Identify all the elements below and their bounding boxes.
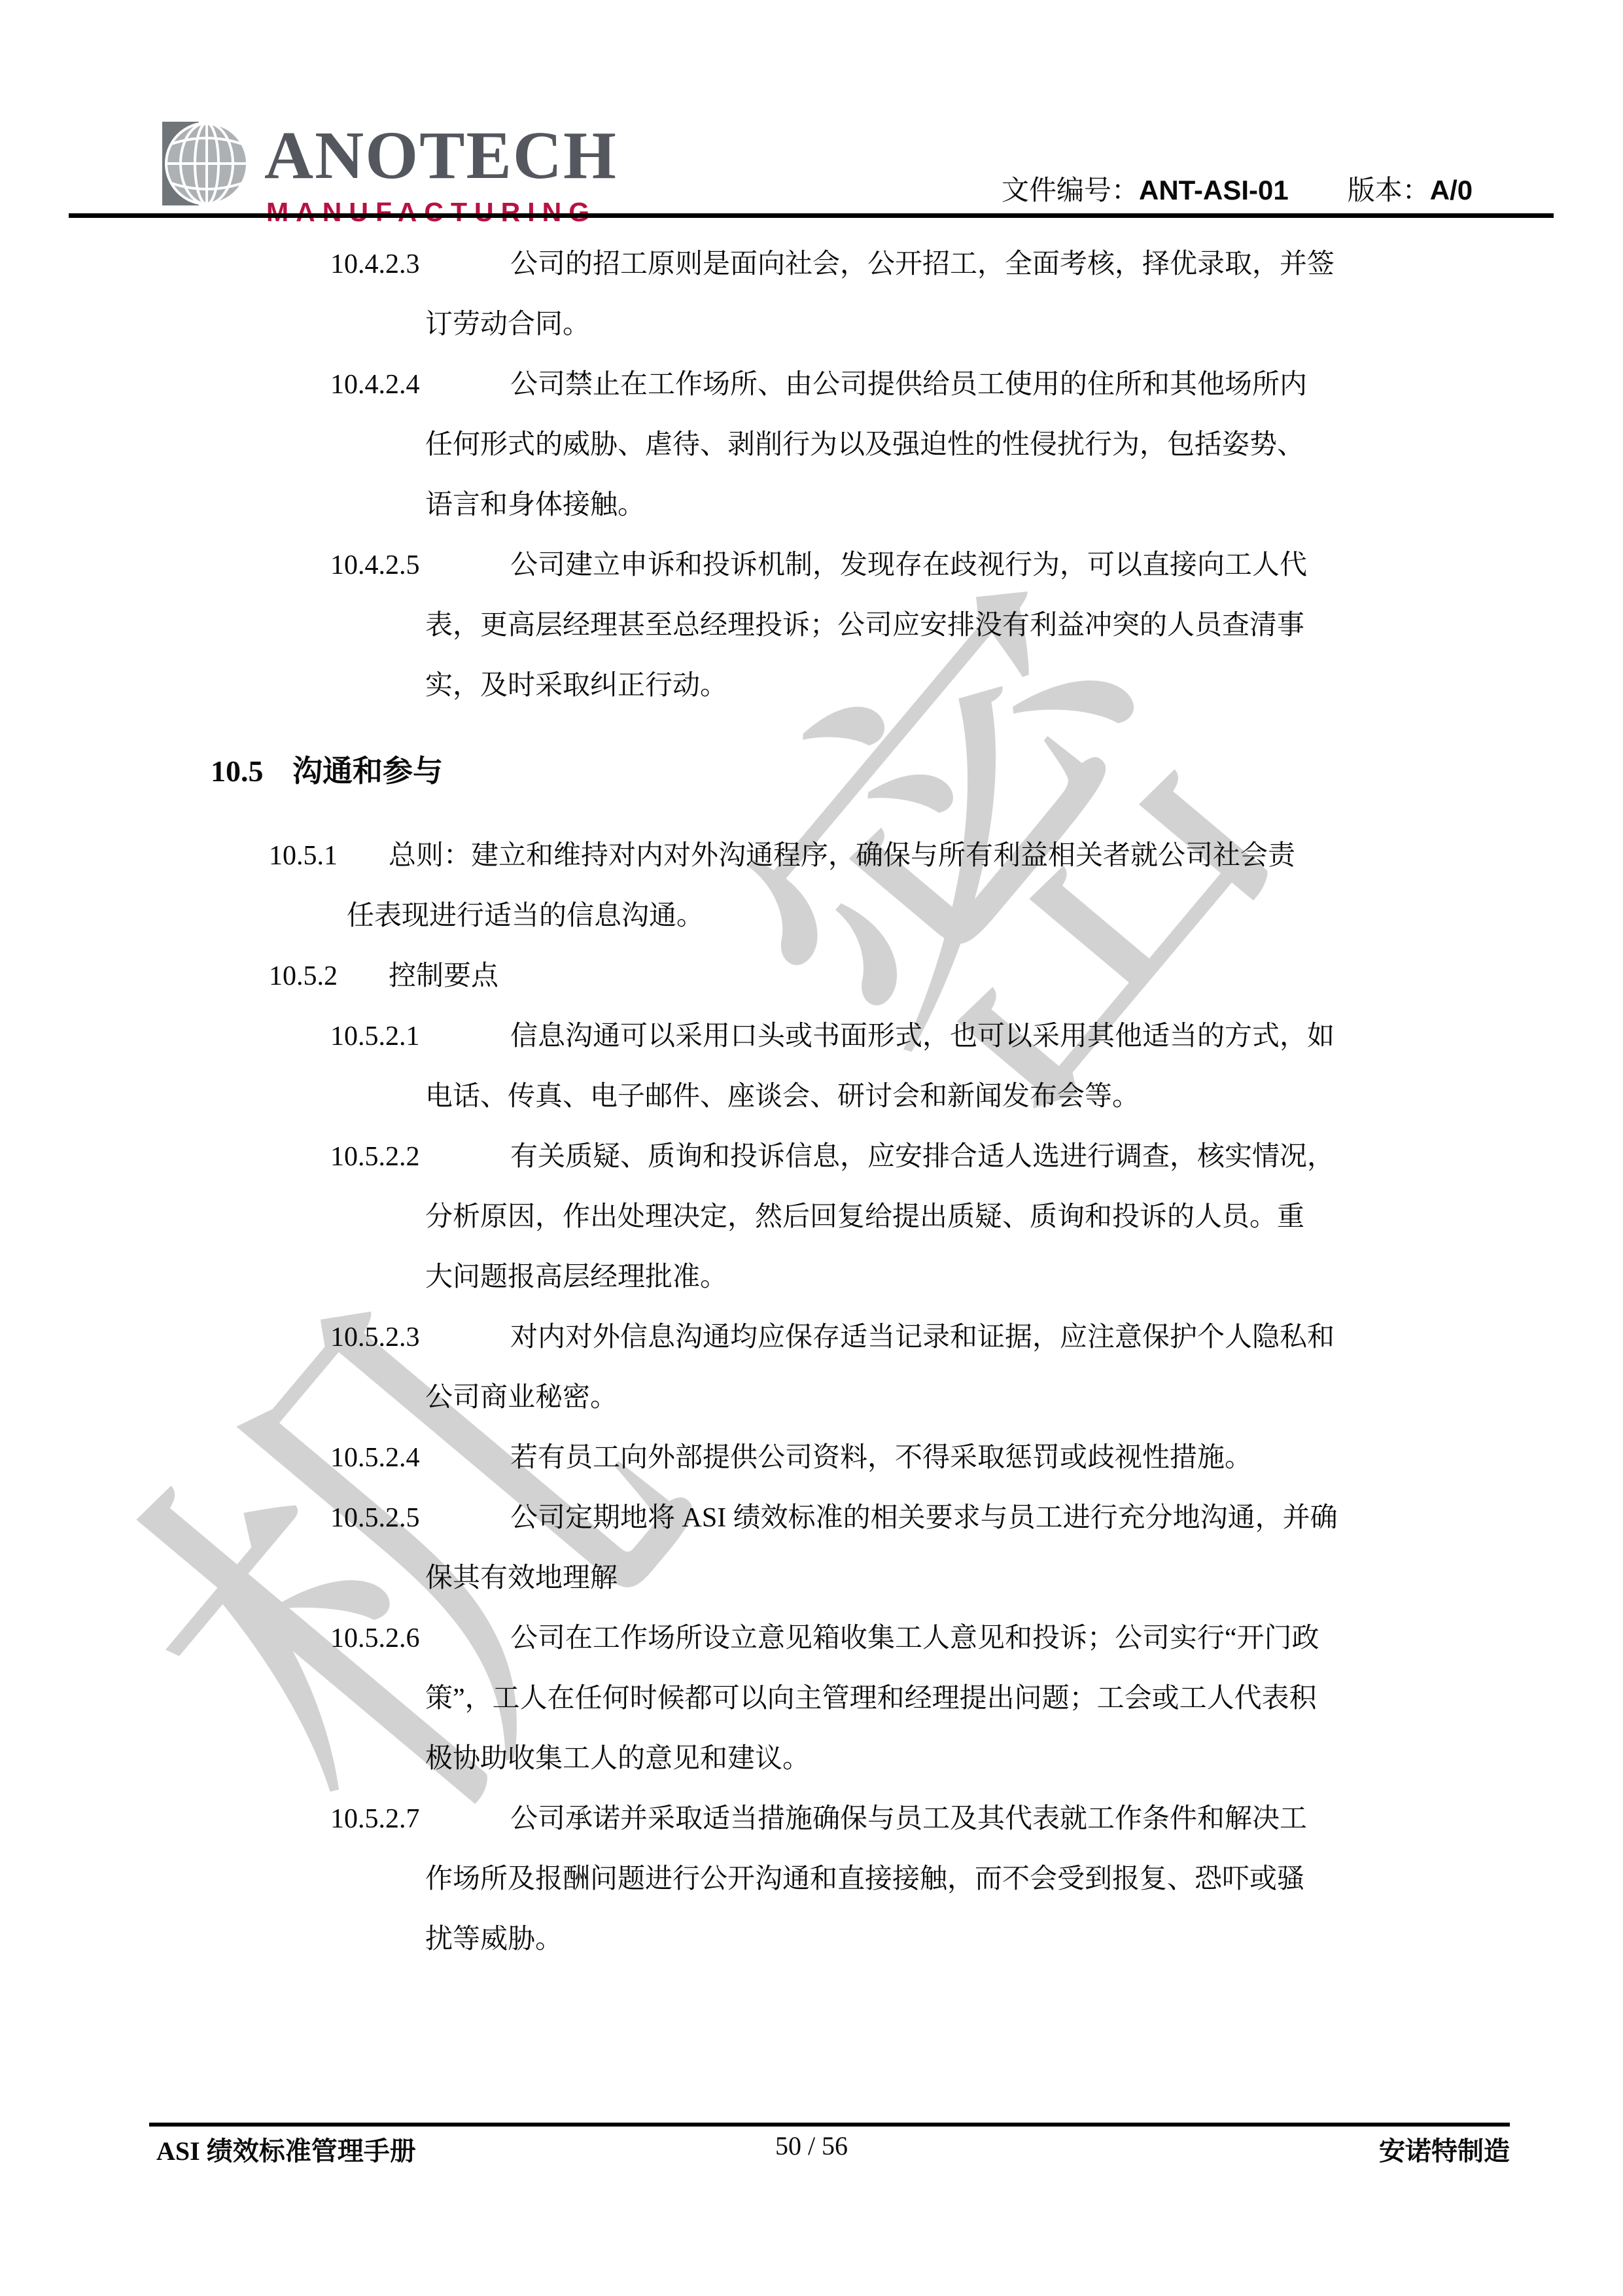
body-line: 订劳动合同。	[425, 308, 590, 342]
doc-number-value: ANT-ASI-01	[1139, 175, 1289, 205]
company-logo: ANOTECH MANUFACTURING	[162, 122, 618, 226]
clause-text: 公司建立申诉和投诉机制，发现存在歧视行为，可以直接向工人代	[510, 550, 1307, 580]
clause-text: 语言和身体接触。	[425, 490, 645, 520]
header-rule	[69, 213, 1554, 218]
clause-text: 公司定期地将 ASI 绩效标准的相关要求与员工进行充分地沟通，并确	[510, 1503, 1338, 1533]
body-line: 大问题报高层经理批准。	[425, 1260, 727, 1295]
clause-text: 对内对外信息沟通均应保存适当记录和证据，应注意保护个人隐私和	[510, 1322, 1335, 1352]
body-line: 表，更高层经理甚至总经理投诉；公司应安排没有利益冲突的人员查清事	[425, 609, 1304, 643]
body-line: 策”，工人在任何时候都可以向主管理和经理提出问题；工会或工人代表积	[425, 1682, 1317, 1716]
body-line: 10.5.2.3对内对外信息沟通均应保存适当记录和证据，应注意保护个人隐私和	[330, 1320, 1335, 1355]
clause-text: 公司禁止在工作场所、由公司提供给员工使用的住所和其他场所内	[510, 370, 1307, 400]
clause-text: 任表现进行适当的信息沟通。	[347, 901, 704, 931]
clause-text: 信息沟通可以采用口头或书面形式，也可以采用其他适当的方式，如	[510, 1021, 1335, 1051]
globe-icon	[162, 122, 249, 205]
clause-text: 有关质疑、质询和投诉信息，应安排合适人选进行调查，核实情况，	[510, 1142, 1335, 1172]
clause-number: 10.5.2.2	[330, 1140, 510, 1174]
body-line: 任何形式的威胁、虐待、剥削行为以及强迫性的性侵扰行为，包括姿势、	[425, 428, 1304, 463]
footer-rule	[149, 2123, 1510, 2127]
clause-text: 扰等威胁。	[425, 1924, 563, 1954]
logo-text: ANOTECH MANUFACTURING	[264, 122, 618, 226]
logo-name: ANOTECH	[264, 122, 618, 190]
clause-text: 策”，工人在任何时候都可以向主管理和经理提出问题；工会或工人代表积	[425, 1684, 1317, 1714]
clause-text: 表，更高层经理甚至总经理投诉；公司应安排没有利益冲突的人员查清事	[425, 610, 1304, 641]
footer-company-name: 安诺特制造	[1379, 2130, 1510, 2168]
body-line: 极协助收集工人的意见和建议。	[425, 1742, 810, 1776]
body-line: 10.5.2.1信息沟通可以采用口头或书面形式，也可以采用其他适当的方式，如	[330, 1019, 1335, 1054]
clause-number: 10.5	[211, 752, 292, 790]
body-line: 分析原因，作出处理决定，然后回复给提出质疑、质询和投诉的人员。重	[425, 1200, 1304, 1235]
clause-text: 极协助收集工人的意见和建议。	[425, 1744, 810, 1774]
clause-text: 若有员工向外部提供公司资料，不得采取惩罚或歧视性措施。	[510, 1443, 1252, 1473]
clause-number: 10.5.2.6	[330, 1621, 510, 1656]
clause-text: 总则：建立和维持对内对外沟通程序，确保与所有利益相关者就公司社会责	[389, 841, 1295, 871]
section-heading: 10.5沟通和参与	[211, 752, 443, 790]
clause-text: 任何形式的威胁、虐待、剥削行为以及强迫性的性侵扰行为，包括姿势、	[425, 430, 1304, 460]
clause-number: 10.4.2.4	[330, 368, 510, 402]
document-page: 机 密 ANOTECH MANUFACTURING 文件编号：ANT-ASI-0…	[0, 0, 1623, 2296]
version-value: A/0	[1430, 175, 1473, 205]
clause-text: 公司商业秘密。	[425, 1383, 618, 1413]
clause-text: 控制要点	[389, 961, 498, 991]
clause-text: 大问题报高层经理批准。	[425, 1262, 727, 1292]
body-line: 10.4.2.3公司的招工原则是面向社会，公开招工，全面考核，择优录取，并签	[330, 247, 1335, 282]
body-line: 10.5.2.6公司在工作场所设立意见箱收集工人意见和投诉；公司实行“开门政	[330, 1621, 1319, 1656]
body-line: 10.5.2控制要点	[269, 959, 498, 994]
clause-number: 10.5.2.4	[330, 1441, 510, 1475]
clause-number: 10.4.2.5	[330, 548, 510, 583]
clause-number: 10.5.2.3	[330, 1320, 510, 1355]
body-line: 10.5.2.5公司定期地将 ASI 绩效标准的相关要求与员工进行充分地沟通，并…	[330, 1501, 1338, 1536]
body-line: 语言和身体接触。	[425, 488, 645, 523]
clause-number: 10.5.2.5	[330, 1501, 510, 1536]
body-line: 扰等威胁。	[425, 1922, 563, 1957]
body-line: 保其有效地理解	[425, 1561, 618, 1596]
clause-text: 电话、传真、电子邮件、座谈会、研讨会和新闻发布会等。	[425, 1082, 1140, 1112]
clause-text: 公司承诺并采取适当措施确保与员工及其代表就工作条件和解决工	[510, 1804, 1307, 1834]
body-line: 10.4.2.4公司禁止在工作场所、由公司提供给员工使用的住所和其他场所内	[330, 368, 1307, 402]
clause-text: 实，及时采取纠正行动。	[425, 671, 727, 701]
clause-text: 订劳动合同。	[425, 309, 590, 340]
clause-text: 作场所及报酬问题进行公开沟通和直接接触，而不会受到报复、恐吓或骚	[425, 1864, 1304, 1894]
logo-subtitle: MANUFACTURING	[266, 199, 618, 226]
body-line: 10.4.2.5公司建立申诉和投诉机制，发现存在歧视行为，可以直接向工人代	[330, 548, 1307, 583]
clause-number: 10.5.1	[269, 839, 389, 874]
clause-text: 分析原因，作出处理决定，然后回复给提出质疑、质询和投诉的人员。重	[425, 1202, 1304, 1232]
body-content: 10.4.2.3公司的招工原则是面向社会，公开招工，全面考核，择优录取，并签订劳…	[0, 0, 1623, 2296]
body-line: 10.5.2.7公司承诺并采取适当措施确保与员工及其代表就工作条件和解决工	[330, 1802, 1307, 1837]
clause-text: 保其有效地理解	[425, 1563, 618, 1593]
clause-number: 10.5.2.7	[330, 1802, 510, 1837]
body-line: 10.5.2.4若有员工向外部提供公司资料，不得采取惩罚或歧视性措施。	[330, 1441, 1252, 1475]
doc-meta: 文件编号：ANT-ASI-01版本：A/0	[1002, 169, 1473, 208]
body-line: 任表现进行适当的信息沟通。	[347, 899, 704, 934]
body-line: 10.5.2.2有关质疑、质询和投诉信息，应安排合适人选进行调查，核实情况，	[330, 1140, 1335, 1174]
body-line: 实，及时采取纠正行动。	[425, 669, 727, 703]
clause-number: 10.4.2.3	[330, 247, 510, 282]
clause-text: 公司在工作场所设立意见箱收集工人意见和投诉；公司实行“开门政	[510, 1623, 1319, 1653]
body-line: 10.5.1总则：建立和维持对内对外沟通程序，确保与所有利益相关者就公司社会责	[269, 839, 1295, 874]
clause-text: 沟通和参与	[292, 754, 443, 788]
clause-number: 10.5.2	[269, 959, 389, 994]
body-line: 作场所及报酬问题进行公开沟通和直接接触，而不会受到报复、恐吓或骚	[425, 1862, 1304, 1897]
clause-text: 公司的招工原则是面向社会，公开招工，全面考核，择优录取，并签	[510, 249, 1335, 279]
body-line: 电话、传真、电子邮件、座谈会、研讨会和新闻发布会等。	[425, 1080, 1140, 1114]
body-line: 公司商业秘密。	[425, 1381, 618, 1415]
doc-number-label: 文件编号：	[1002, 176, 1139, 206]
clause-number: 10.5.2.1	[330, 1019, 510, 1054]
version-label: 版本：	[1348, 176, 1430, 206]
